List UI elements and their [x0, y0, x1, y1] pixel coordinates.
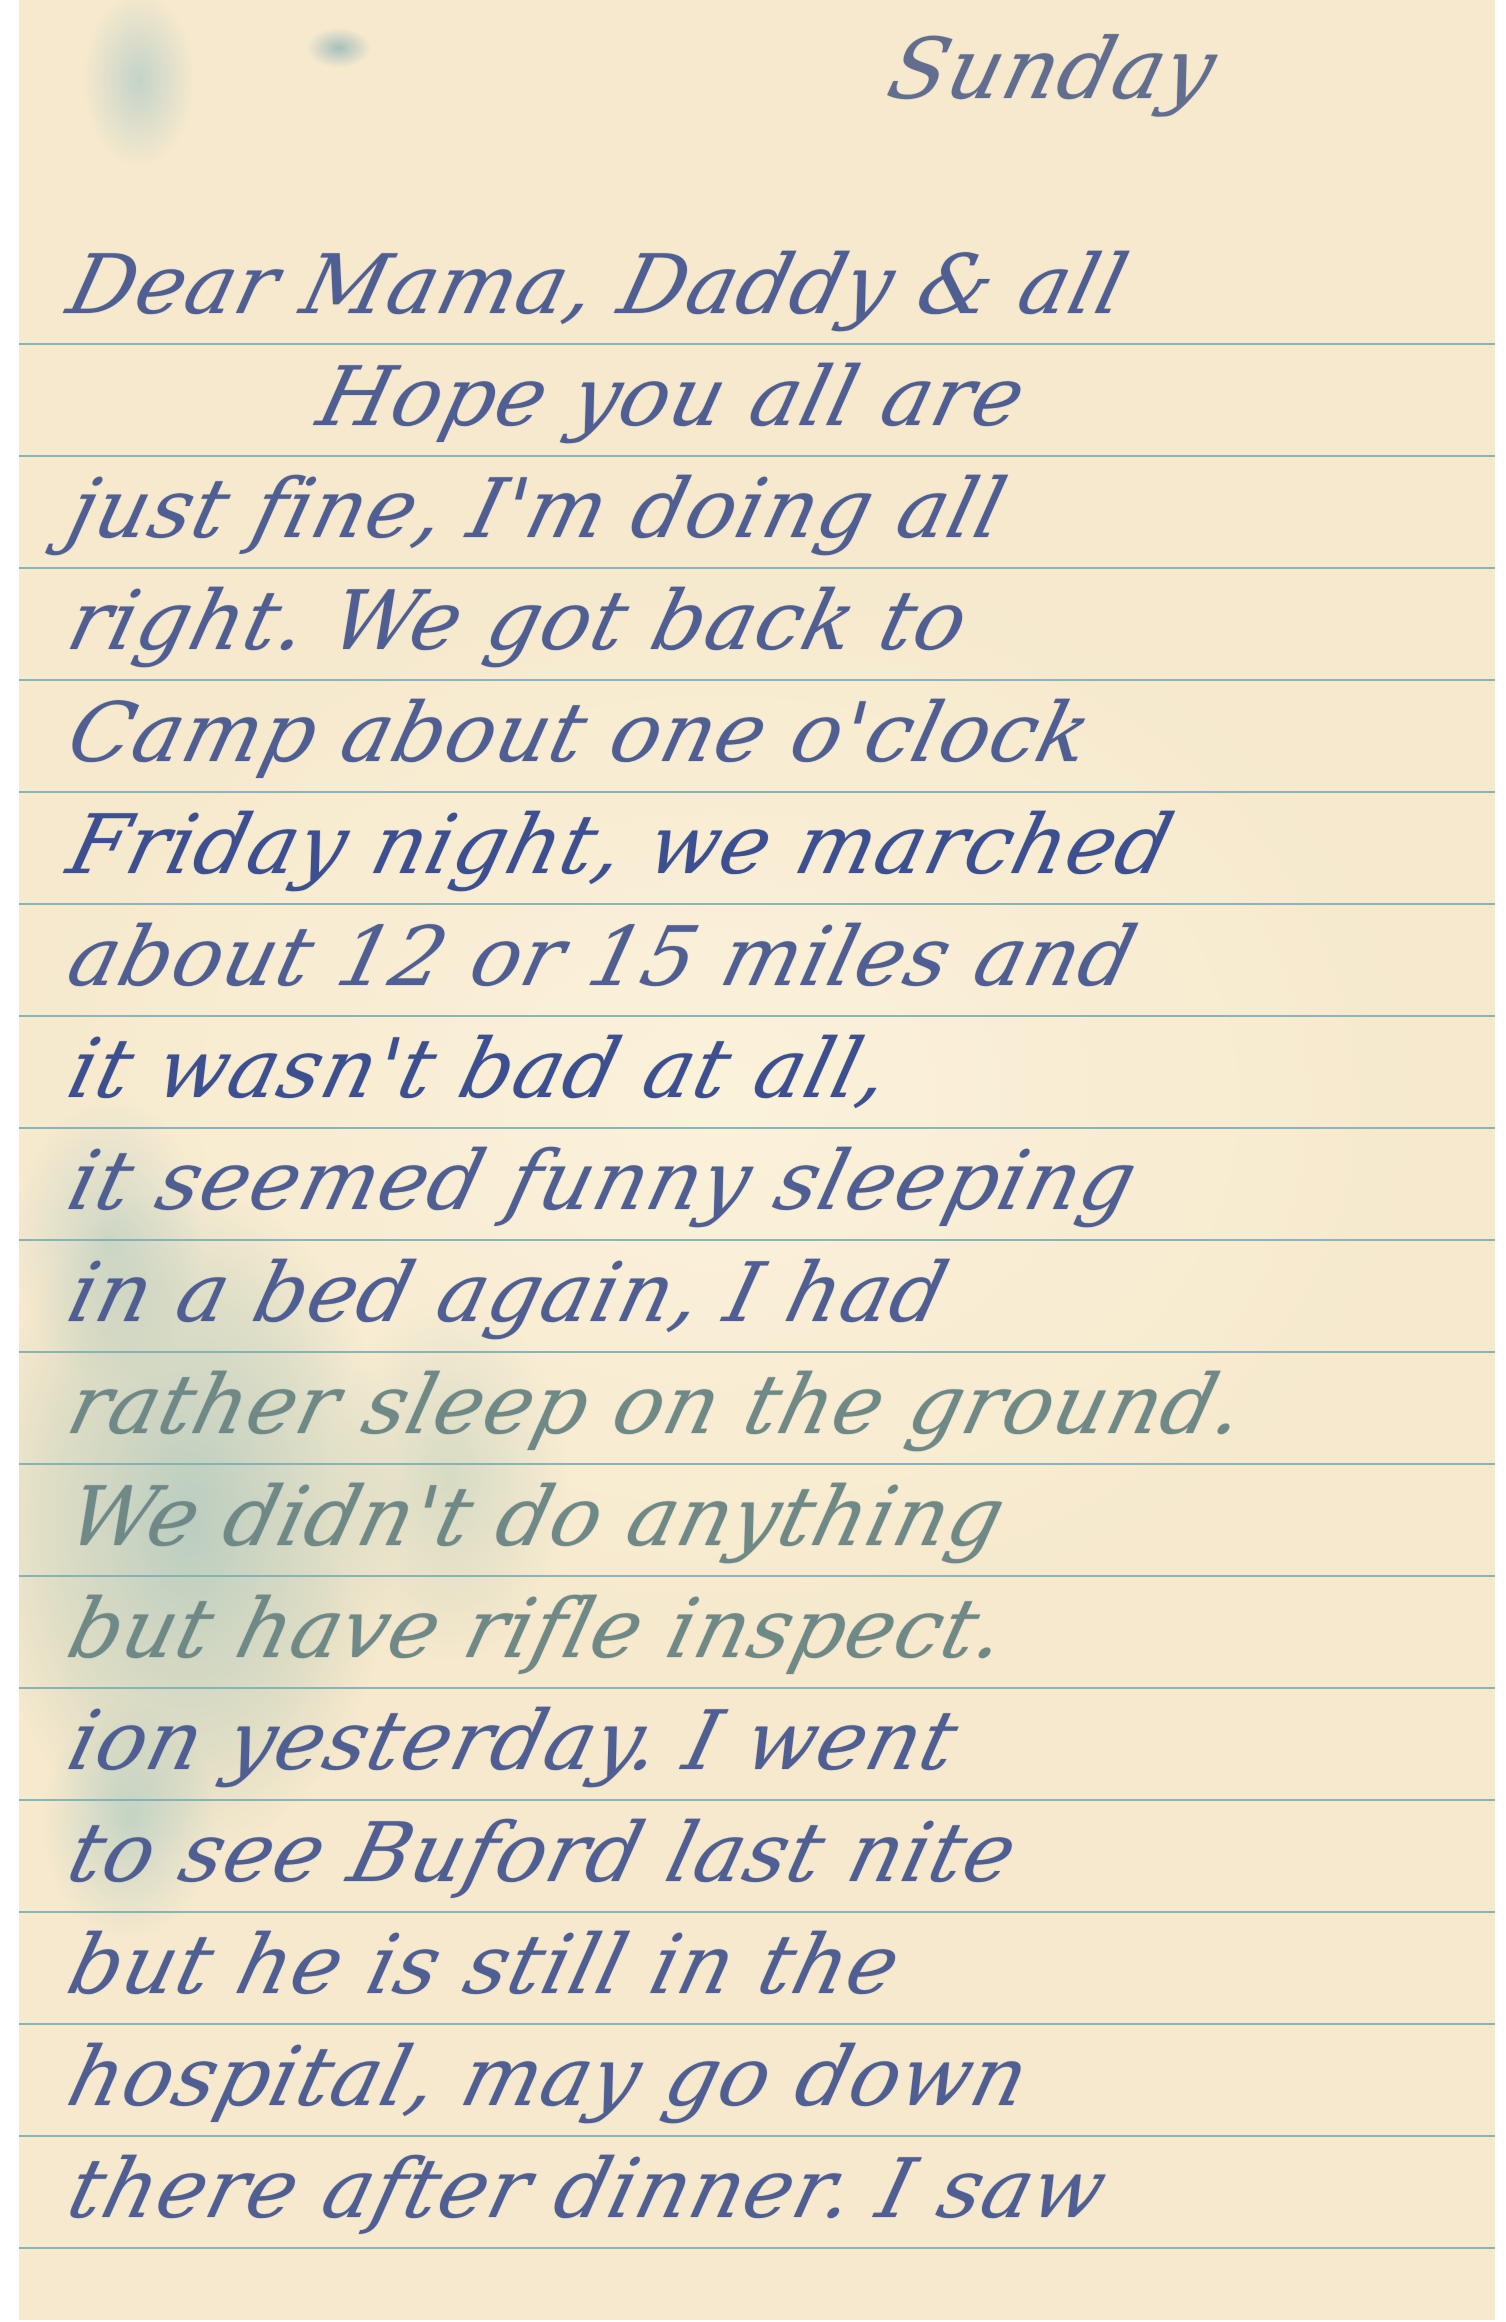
ruled-line [19, 1799, 1495, 1801]
letter-line: but he is still in the [59, 1918, 910, 2013]
ruled-line [19, 1687, 1495, 1689]
ruled-line [19, 2023, 1495, 2025]
letter-line: Camp about one o'clock [59, 686, 1101, 781]
letter-line: in a bed again, I had [59, 1246, 957, 1341]
letter-line: Friday night, we marched [59, 798, 1183, 893]
ruled-line [19, 679, 1495, 681]
letter-line: just fine, I'm doing all [59, 462, 1016, 557]
letter-paper: Sunday Dear Mama, Daddy & all Hope you a… [19, 0, 1495, 2320]
ruled-line [19, 343, 1495, 345]
letter-line: it wasn't bad at all, [59, 1022, 900, 1117]
letter-line: to see Buford last nite [59, 1806, 1027, 1901]
letter-line: but have rifle inspect. [59, 1582, 1016, 1677]
ruled-line [19, 455, 1495, 457]
letter-line: it seemed funny sleeping [59, 1134, 1146, 1229]
letter-line: ion yesterday. I went [59, 1694, 968, 1789]
ruled-line [19, 1351, 1495, 1353]
letter-line: about 12 or 15 miles and [59, 910, 1146, 1005]
ruled-line [19, 1015, 1495, 1017]
ruled-line [19, 1127, 1495, 1129]
ruled-line [19, 1575, 1495, 1577]
letter-date: Sunday [879, 20, 1226, 118]
letter-line: hospital, may go down [59, 2030, 1039, 2125]
letter-line: right. We got back to [59, 574, 978, 669]
ruled-line [19, 2135, 1495, 2137]
letter-line: rather sleep on the ground. [59, 1358, 1255, 1453]
letter-line: there after dinner. I saw [59, 2142, 1117, 2237]
ruled-line [19, 791, 1495, 793]
ruled-line [19, 1911, 1495, 1913]
ruled-line [19, 1463, 1495, 1465]
letter-salutation: Dear Mama, Daddy & all [59, 238, 1137, 333]
ruled-line [19, 1239, 1495, 1241]
ruled-line [19, 903, 1495, 905]
letter-line: We didn't do anything [59, 1470, 1015, 1565]
letter-line: Hope you all are [309, 350, 1035, 445]
ruled-line [19, 2247, 1495, 2249]
ruled-line [19, 567, 1495, 569]
